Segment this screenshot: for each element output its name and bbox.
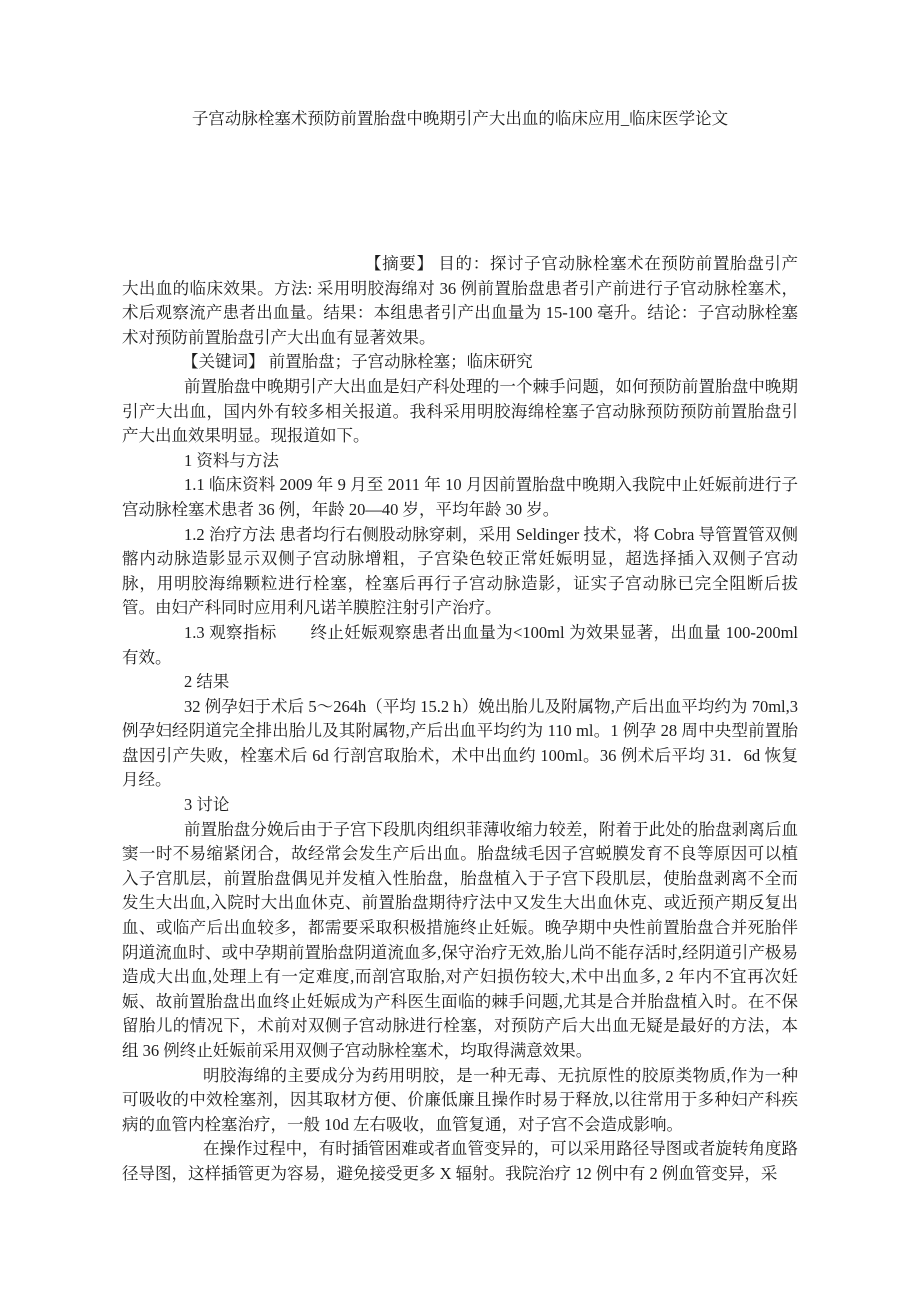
document-title: 子宫动脉栓塞术预防前置胎盘中晚期引产大出血的临床应用_临床医学论文	[122, 108, 798, 130]
paragraph-body: 1.3 观察指标 终止妊娠观察患者出血量为<100ml 为效果显著，出血量 10…	[122, 621, 798, 670]
paragraph-body: 32 例孕妇于术后 5～264h（平均 15.2 h）娩出胎儿及附属物,产后出血…	[122, 695, 798, 793]
paragraph-heading: 3 讨论	[122, 793, 798, 818]
paragraph-heading: 1 资料与方法	[122, 449, 798, 474]
paragraph-abstract: 【摘要】 目的：探讨子官动脉栓塞术在预防前置胎盘引产大出血的临床效果。方法: 采…	[122, 252, 798, 350]
paragraph-body: 1.2 治疗方法 患者均行右侧股动脉穿刺，采用 Seldinger 技术，将 C…	[122, 523, 798, 621]
paragraph-body-wide: 明胶海绵的主要成分为药用明胶，是一种无毒、无抗原性的胶原类物质,作为一种可吸收的…	[122, 1064, 798, 1138]
paragraph-body: 前置胎盘分娩后由于子宫下段肌肉组织菲薄收缩力较差，附着于此处的胎盘剥离后血窦一时…	[122, 818, 798, 1064]
paragraph-keywords: 【关键词】 前置胎盘；子宫动脉栓塞；临床研究	[122, 350, 798, 375]
document-page: 子宫动脉栓塞术预防前置胎盘中晚期引产大出血的临床应用_临床医学论文 【摘要】 目…	[0, 0, 920, 1302]
paragraph-body: 1.1 临床资料 2009 年 9 月至 2011 年 10 月因前置胎盘中晚期…	[122, 473, 798, 522]
document-body: 【摘要】 目的：探讨子官动脉栓塞术在预防前置胎盘引产大出血的临床效果。方法: 采…	[122, 252, 798, 1187]
paragraph-heading: 2 结果	[122, 670, 798, 695]
paragraph-body: 前置胎盘中晚期引产大出血是妇产科处理的一个棘手问题，如何预防前置胎盘中晚期引产大…	[122, 375, 798, 449]
paragraph-body-wide: 在操作过程中，有时插管困难或者血管变异的，可以采用路径导图或者旋转角度路径导图，…	[122, 1137, 798, 1186]
